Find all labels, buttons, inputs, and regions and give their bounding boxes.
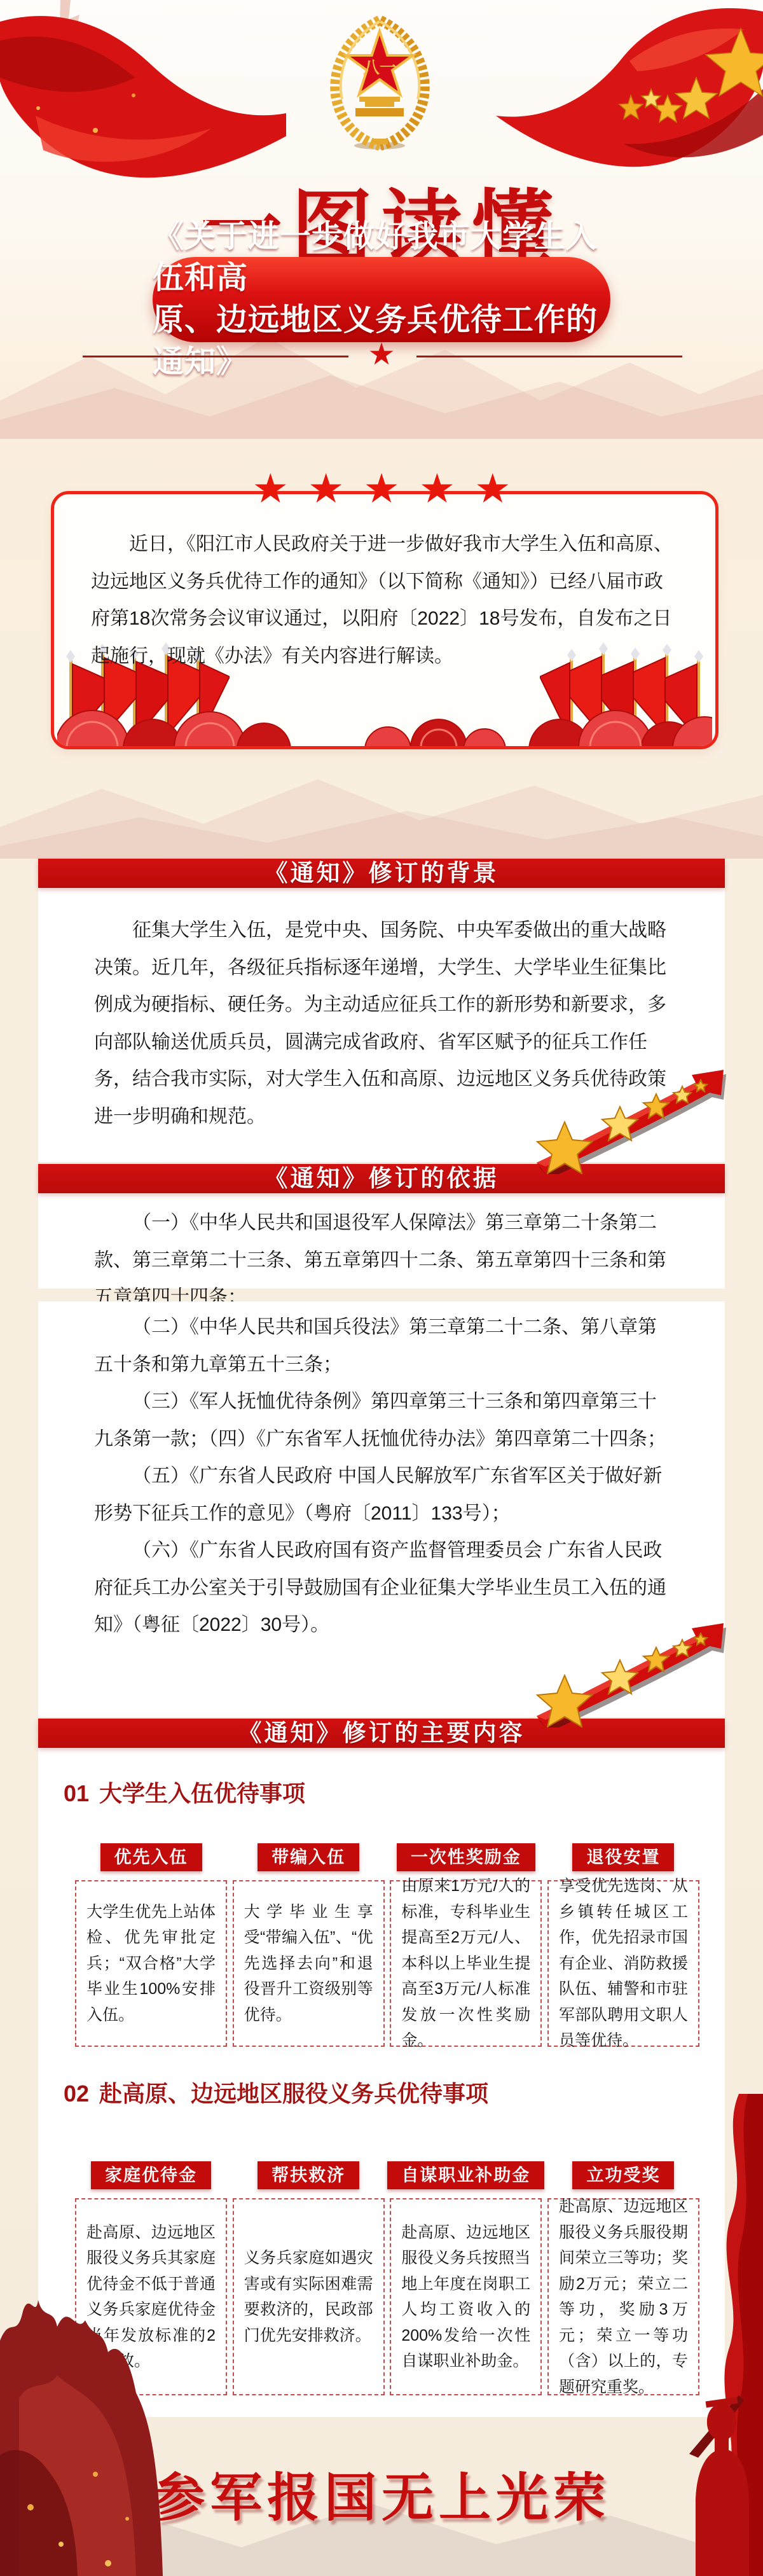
intro-stars-row: ★★★★★	[0, 468, 763, 509]
card-one-time-reward: 一次性奖励金 由原来1万元/人的标准，专科毕业生提高至2万元/人、本科以上毕业生…	[390, 1843, 542, 2047]
card-self-employment-subsidy: 自谋职业补助金 赴高原、边远地区服役义务兵按照当地上年度在岗职工人均工资收入的2…	[390, 2161, 542, 2395]
card-tag: 自谋职业补助金	[387, 2161, 544, 2189]
card-text: 大学毕业生享受“带编入伍”、“优先选择去向”和退役晋升工资级别等优待。	[244, 1899, 373, 2028]
left-silk-flag-graphic	[0, 0, 286, 216]
section-header-background: 《通知》修订的背景	[38, 859, 725, 888]
section-box-basis-a: （一）《中华人民共和国退役军人保障法》第三章第二十条第二款、第三章第二十三条、第…	[38, 1193, 725, 1289]
card-tag: 一次性奖励金	[397, 1843, 535, 1871]
right-silk-flag-graphic	[471, 0, 763, 274]
mountain-backdrop-mid	[0, 751, 763, 859]
card-text: 大学生优先上站体检、优先审批定兵；“双合格”大学毕业生100%安排入伍。	[86, 1899, 216, 2028]
card-text: 义务兵家庭如遇灾害或有实际困难需要救济的，民政部门优先安排救济。	[244, 2245, 373, 2348]
card-tag: 帮扶救济	[258, 2161, 359, 2189]
emblem-bayi-text: 八一	[363, 58, 396, 77]
subsection-title: 大学生入伍优待事项	[99, 1776, 305, 1808]
basis-item: （一）《中华人民共和国退役军人保障法》第三章第二十条第二款、第三章第二十三条、第…	[94, 1205, 669, 1317]
card-tag: 家庭优待金	[91, 2161, 211, 2189]
cards-row-students: 优先入伍 大学生优先上站体检、优先审批定兵；“双合格”大学毕业生100%安排入伍…	[75, 1843, 699, 2047]
card-text: 赴高原、边远地区服役义务兵服役期间荣立三等功；奖励2万元；荣立二等功，奖励3万元…	[559, 2194, 688, 2400]
infographic-page: 八一 一图读懂 《关于进一步做好我市大学生入伍和高 原、边远地区义务兵优待工作的…	[0, 0, 763, 2576]
card-text: 赴高原、边远地区服役义务兵按照当地上年度在岗职工人均工资收入的200%发给一次性…	[401, 2220, 530, 2374]
card-tag: 优先入伍	[100, 1843, 202, 1871]
card-tag: 退役安置	[572, 1843, 674, 1871]
subsection-number: 02	[64, 2081, 89, 2107]
card-text: 由原来1万元/人的标准，专科毕业生提高至2万元/人、本科以上毕业生提高至3万元/…	[401, 1873, 530, 2054]
subsection-02-heading: 02 赴高原、边远地区服役义务兵优待事项	[64, 2076, 488, 2109]
card-relief-support: 帮扶救济 义务兵家庭如遇灾害或有实际困难需要救济的，民政部门优先安排救济。	[233, 2161, 385, 2395]
card-resettlement: 退役安置 享受优先选岗、从乡镇转任城区工作，优先招录市国有企业、消防救援队伍、辅…	[547, 1843, 699, 2047]
subsection-number: 01	[64, 1780, 89, 1807]
cloud-pattern	[57, 689, 712, 749]
section-title: 《通知》修订的依据	[265, 1165, 499, 1191]
basis-item: （三）《军人抚恤优待条例》第四章第三十三条和第四章第三十九条第一款；（四）《广东…	[94, 1383, 669, 1458]
card-text: 享受优先选岗、从乡镇转任城区工作，优先招录市国有企业、消防救援队伍、辅警和市驻军…	[559, 1873, 688, 2054]
card-tag: 带编入伍	[258, 1843, 359, 1871]
star-divider-icon: ★	[0, 340, 763, 370]
cards-row-remote-service: 家庭优待金 赴高原、边远地区服役义务兵其家庭优待金不低于普通义务兵家庭优待金当年…	[75, 2161, 699, 2395]
soldier-silhouette-graphic	[677, 2094, 763, 2576]
basis-item: （二）《中华人民共和国兵役法》第三章第二十二条、第八章第五十条和第九章第五十三条…	[94, 1309, 669, 1383]
crowd-silhouette-graphic	[0, 2245, 165, 2576]
section-title: 《通知》修订的背景	[265, 860, 499, 886]
subsection-01-heading: 01 大学生入伍优待事项	[64, 1776, 305, 1808]
card-tag: 立功受奖	[572, 2161, 674, 2189]
pla-emblem: 八一	[321, 14, 439, 151]
basis-item: （五）《广东省人民政府 中国人民解放军广东省军区关于做好新形势下征兵工作的意见》…	[94, 1458, 669, 1532]
card-enlist-with-post: 带编入伍 大学毕业生享受“带编入伍”、“优先选择去向”和退役晋升工资级别等优待。	[233, 1843, 385, 2047]
intro-box: 近日，《阳江市人民政府关于进一步做好我市大学生入伍和高原、边远地区义务兵优待工作…	[51, 491, 718, 749]
ribbon-stars-graphic-1	[528, 1061, 726, 1174]
ribbon-stars-graphic-2	[528, 1614, 726, 1728]
subsection-title: 赴高原、边远地区服役义务兵优待事项	[99, 2076, 488, 2109]
section-title: 《通知》修订的主要内容	[238, 1720, 525, 1746]
intro-paragraph: 近日，《阳江市人民政府关于进一步做好我市大学生入伍和高原、边远地区义务兵优待工作…	[91, 526, 678, 675]
card-priority-enlist: 优先入伍 大学生优先上站体检、优先审批定兵；“双合格”大学毕业生100%安排入伍…	[75, 1843, 227, 2047]
